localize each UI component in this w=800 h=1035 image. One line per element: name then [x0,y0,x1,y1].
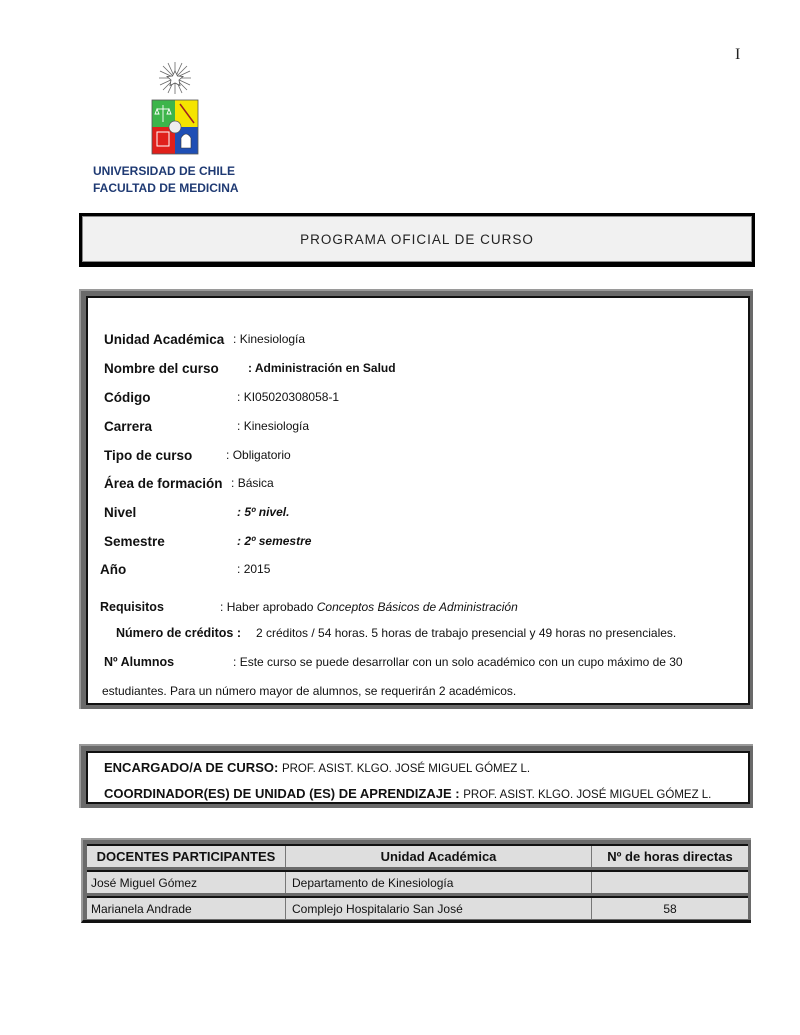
field-value: : Kinesiología [237,419,309,433]
field-label: Número de créditos : [116,626,241,640]
field-value: : KI05020308058-1 [237,390,339,404]
coordinador-label: COORDINADOR(ES) DE UNIDAD (ES) DE APREND… [104,786,460,801]
university-name: UNIVERSIDAD DE CHILE [93,163,239,180]
encargado-label: ENCARGADO/A DE CURSO: [104,760,278,775]
field-label: Semestre [104,534,165,549]
staff-frame: ENCARGADO/A DE CURSO: PROF. ASIST. KLGO.… [79,744,753,808]
page-number: I [735,46,740,64]
cell-unidad: Departamento de Kinesiología [286,872,592,893]
page-title: PROGRAMA OFICIAL DE CURSO [82,216,752,262]
faculty-name: FACULTAD DE MEDICINA [93,180,239,197]
header-horas: Nº de horas directas [592,846,748,867]
cell-docente: Marianela Andrade [87,898,286,919]
field-value: : Básica [231,476,274,490]
field-value: : 5º nivel. [237,505,289,519]
title-frame: PROGRAMA OFICIAL DE CURSO [79,213,755,267]
coordinador-line: COORDINADOR(ES) DE UNIDAD (ES) DE APREND… [104,786,711,801]
field-label: Requisitos [100,600,164,614]
course-info-panel: Unidad Académica : Kinesiología Nombre d… [86,296,750,705]
header-docentes: DOCENTES PARTICIPANTES [87,846,286,867]
field-value: 2 créditos / 54 horas. 5 horas de trabaj… [256,626,676,640]
encargado-value: PROF. ASIST. KLGO. JOSÉ MIGUEL GÓMEZ L. [282,763,530,775]
field-label: Nº Alumnos [104,655,174,669]
field-label: Área de formación [104,476,223,491]
field-value: : Kinesiología [233,332,305,346]
cell-unidad: Complejo Hospitalario San José [286,898,592,919]
staff-panel: ENCARGADO/A DE CURSO: PROF. ASIST. KLGO.… [86,751,750,804]
field-value: : Administración en Salud [248,361,396,375]
table-row: Marianela Andrade Complejo Hospitalario … [87,896,748,919]
coordinador-value: PROF. ASIST. KLGO. JOSÉ MIGUEL GÓMEZ L. [463,789,711,801]
field-label: Unidad Académica [104,332,224,347]
table-header: DOCENTES PARTICIPANTES Unidad Académica … [87,844,748,867]
university-coat-of-arms-icon [150,60,200,160]
institution-name: UNIVERSIDAD DE CHILE FACULTAD DE MEDICIN… [93,163,239,197]
field-value: : 2015 [237,562,270,576]
field-label: Nivel [104,505,136,520]
field-value: : Haber aprobado Conceptos Básicos de Ad… [220,600,518,614]
encargado-line: ENCARGADO/A DE CURSO: PROF. ASIST. KLGO.… [104,760,530,775]
field-value: : Obligatorio [226,448,291,462]
field-value: : Este curso se puede desarrollar con un… [233,655,683,669]
cell-horas [592,872,748,893]
field-label: Año [100,562,126,577]
field-alumnos-continued: estudiantes. Para un número mayor de alu… [102,684,516,698]
field-label: Tipo de curso [104,448,192,463]
course-info-frame: Unidad Académica : Kinesiología Nombre d… [79,289,753,709]
field-value: : 2º semestre [237,534,311,548]
cell-horas: 58 [592,898,748,919]
header-unidad: Unidad Académica [286,846,592,867]
field-label: Código [104,390,151,405]
cell-docente: José Miguel Gómez [87,872,286,893]
field-label: Carrera [104,419,152,434]
docentes-table: DOCENTES PARTICIPANTES Unidad Académica … [81,838,751,923]
table-row: José Miguel Gómez Departamento de Kinesi… [87,870,748,893]
field-label: Nombre del curso [104,361,219,376]
